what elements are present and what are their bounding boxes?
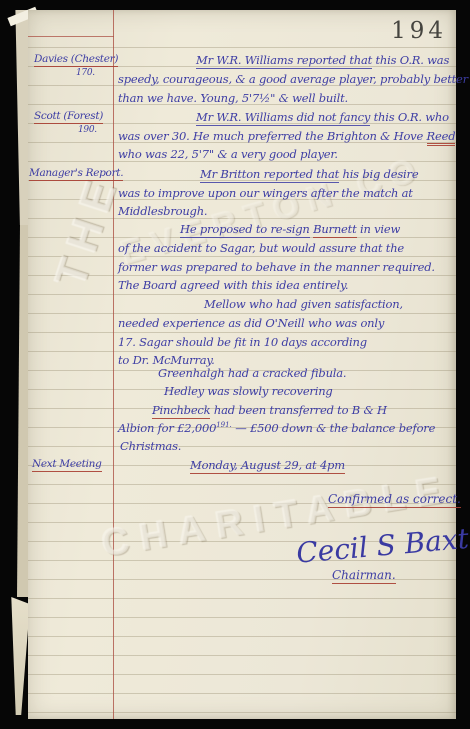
page-edge-sliver-top	[10, 10, 28, 225]
line-text: had been transferred to B & H	[210, 403, 386, 417]
photo-backdrop: THE EVERTON CO CHARITABLE 194 Davies (Ch…	[0, 0, 470, 729]
chairman-title: Chairman.	[332, 568, 396, 582]
line-text: was over 30. He much preferred the Brigh…	[118, 129, 427, 143]
minutes-line-p4l4: The Board agreed with this idea entirely…	[118, 278, 348, 292]
minutes-line-p5l1: Mellow who had given satisfaction,	[204, 297, 403, 311]
minutes-line-p2l3: who was 22, 5'7" & a very good player.	[118, 147, 338, 161]
page-number: 194	[391, 18, 447, 44]
margin-note-next-meeting-label: Next Meeting	[32, 458, 102, 472]
next-meeting-date: Monday, August 29, at 4pm	[190, 458, 345, 472]
minute-reference-superscript: 191.	[216, 421, 232, 429]
margin-ref-scott: 190.	[78, 125, 97, 135]
minutes-line-p4l2: of the accident to Sagar, but would assu…	[118, 241, 404, 255]
chairman-title-text: Chairman.	[332, 568, 396, 584]
minutes-line-p6l2: Hedley was slowly recovering	[164, 384, 333, 398]
line-text: Albion for £2,000	[118, 421, 216, 435]
minutes-line-p3l1: Mr Britton reported that his big desire	[200, 167, 418, 181]
minutes-line-p6l5: Christmas.	[120, 439, 181, 453]
player-name-pinchbeck: Pinchbeck	[152, 403, 210, 419]
page-edge-sliver-middle	[14, 225, 29, 597]
line-text: this O.R. was	[372, 53, 449, 67]
confirmed-as-correct: Confirmed as correct.	[328, 492, 461, 506]
minutes-line-p6l1: Greenhalgh had a cracked fibula.	[158, 366, 346, 380]
red-margin-line	[113, 10, 114, 719]
margin-note-managers-report-label: Manager's Report.	[29, 167, 123, 181]
player-name-burnett: Burnett	[313, 222, 356, 238]
margin-note-managers-report: Manager's Report.	[29, 167, 123, 179]
minutes-line-p5l3: 17. Sagar should be fit in 10 days accor…	[118, 335, 367, 349]
player-name-reed: Reed	[427, 129, 456, 146]
margin-note-scott-label: Scott (Forest)	[34, 110, 103, 124]
minutes-line-p4l3: former was prepared to behave in the man…	[118, 260, 435, 274]
underlined-phrase: Mr W.R. Williams reported that	[196, 53, 372, 69]
minutes-line-p2l1: Mr W.R. Williams did not fancy this O.R.…	[196, 110, 449, 124]
minutes-line-p2l2: was over 30. He much preferred the Brigh…	[118, 129, 455, 143]
margin-note-davies-label: Davies (Chester)	[34, 53, 118, 67]
minutes-line-p3l2: was to improve upon our wingers after th…	[118, 186, 413, 200]
minutes-line-p6l3: Pinchbeck had been transferred to B & H	[152, 403, 387, 417]
underlined-phrase: Mr Britton reported that	[200, 167, 339, 183]
minutes-line-p1l2: speedy, courageous, & a good average pla…	[118, 72, 468, 86]
line-text: his big desire	[339, 167, 418, 181]
next-meeting-date-text: Monday, August 29, at 4pm	[190, 458, 345, 474]
margin-note-scott: Scott (Forest)	[34, 110, 103, 122]
minute-book-page: THE EVERTON CO CHARITABLE 194 Davies (Ch…	[28, 10, 456, 719]
underlined-phrase: Mr W.R. Williams did not fancy	[196, 110, 370, 126]
minutes-line-p5l2: needed experience as did O'Neill who was…	[118, 316, 384, 330]
confirmed-text: Confirmed as correct.	[328, 492, 461, 508]
line-text: in view	[357, 222, 401, 236]
minutes-line-p4l1: He proposed to re-sign Burnett in view	[180, 222, 400, 236]
underlined-phrase: He proposed to re-sign	[180, 222, 310, 238]
margin-note-next-meeting: Next Meeting	[32, 458, 102, 470]
margin-note-davies: Davies (Chester)	[34, 53, 118, 65]
page-edge-sliver-bottom	[8, 597, 30, 715]
minutes-line-p6l4: Albion for £2,000191. — £500 down & the …	[118, 421, 435, 435]
red-header-line	[28, 36, 114, 37]
line-text: this O.R. who	[370, 110, 449, 124]
minutes-line-p5l4: to Dr. McMurray.	[118, 353, 215, 367]
line-text: — £500 down & the balance before	[232, 421, 435, 435]
margin-ref-davies: 170.	[76, 68, 95, 78]
minutes-line-p3l3: Middlesbrough.	[118, 204, 207, 218]
minutes-line-p1l3: than we have. Young, 5'7½" & well built.	[118, 91, 348, 105]
minutes-line-p1l1: Mr W.R. Williams reported that this O.R.…	[196, 53, 449, 67]
